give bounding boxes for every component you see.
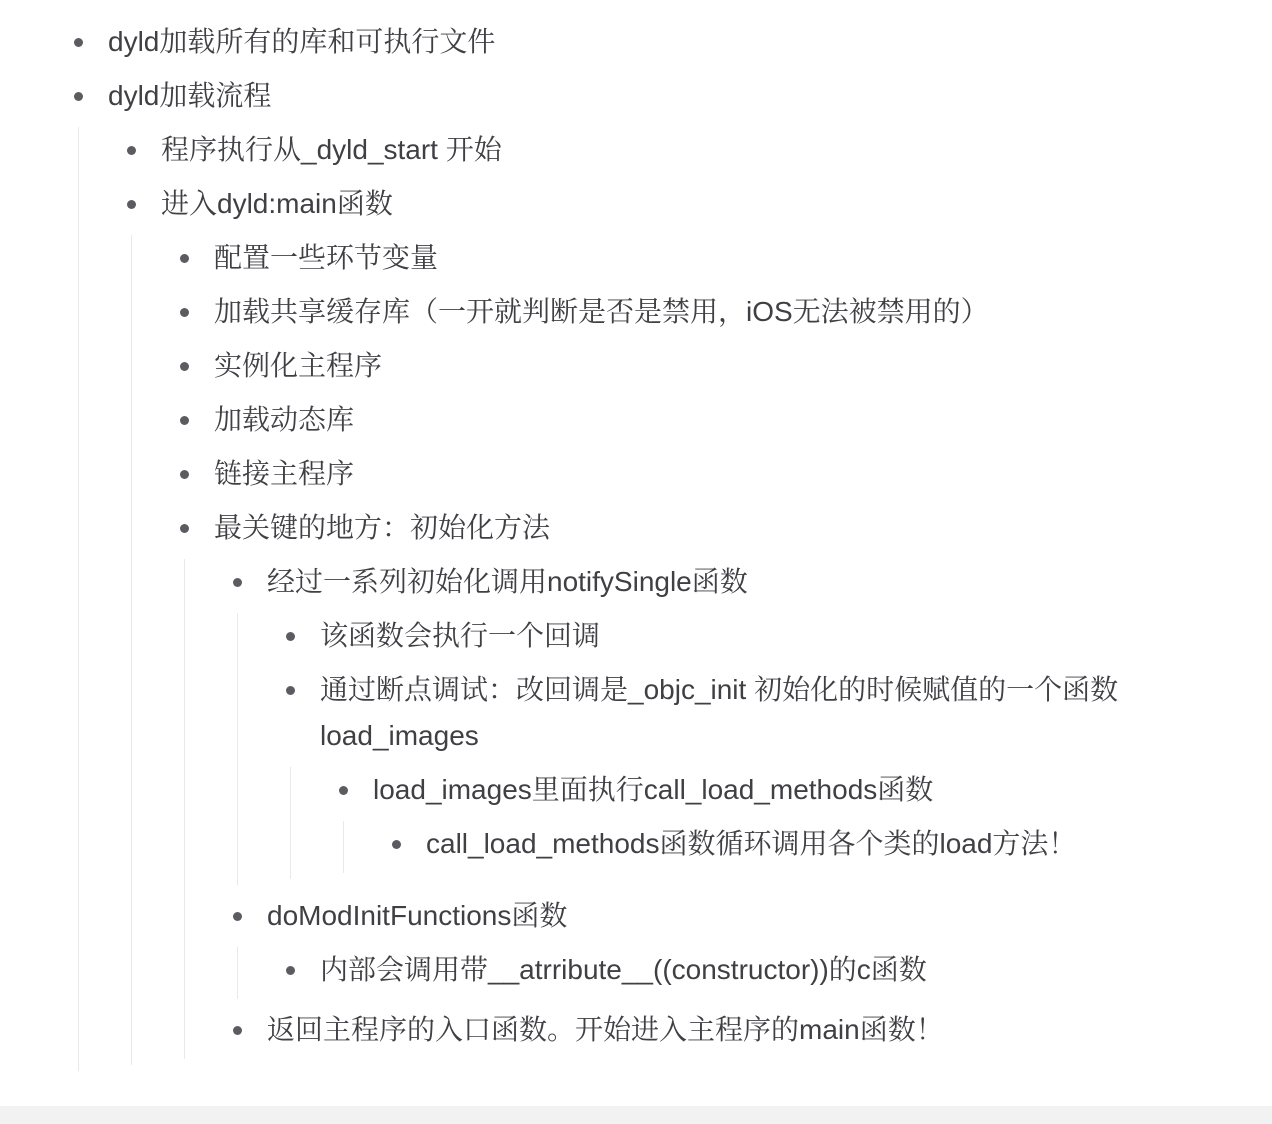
bullet-icon (127, 200, 136, 209)
outline-children: call_load_methods函数循环调用各个类的load方法！ (343, 821, 1146, 873)
outline-item: 链接主程序 (180, 451, 1146, 497)
list-item-text: 配置一些环节变量 (214, 242, 438, 273)
list-item[interactable]: 程序执行从_dyld_start 开始 (127, 127, 1146, 173)
list-item[interactable]: load_images里面执行call_load_methods函数 (339, 767, 1146, 813)
bullet-icon (180, 308, 189, 317)
outline-item: 进入dyld:main函数配置一些环节变量加载共享缓存库（一开就判断是否是禁用，… (127, 181, 1146, 1065)
bullet-icon (286, 686, 295, 695)
list-item-text: 链接主程序 (214, 458, 354, 489)
list-item-text: doModInitFunctions函数 (267, 900, 567, 931)
outline-children: 该函数会执行一个回调通过断点调试：改回调是_objc_init 初始化的时候赋值… (237, 613, 1146, 885)
list-item-text: 加载动态库 (214, 404, 354, 435)
bullet-icon (74, 92, 83, 101)
outline-children: load_images里面执行call_load_methods函数call_l… (290, 767, 1146, 879)
bullet-icon (233, 578, 242, 587)
bullet-icon (286, 632, 295, 641)
list-item-text: dyld加载流程 (108, 80, 271, 111)
outline-item: 程序执行从_dyld_start 开始 (127, 127, 1146, 173)
bullet-icon (233, 912, 242, 921)
bullet-icon (392, 840, 401, 849)
outline-item: 实例化主程序 (180, 343, 1146, 389)
outline-item: 加载动态库 (180, 397, 1146, 443)
bullet-icon (180, 362, 189, 371)
notes-page: dyld加载所有的库和可执行文件dyld加载流程程序执行从_dyld_start… (0, 0, 1272, 1124)
list-item-text: 内部会调用带__atrribute__((constructor))的c函数 (320, 954, 927, 985)
list-item[interactable]: 加载动态库 (180, 397, 1146, 443)
outline-children: 经过一系列初始化调用notifySingle函数该函数会执行一个回调通过断点调试… (184, 559, 1146, 1059)
outline-children: 程序执行从_dyld_start 开始进入dyld:main函数配置一些环节变量… (78, 127, 1146, 1071)
outline-item: 该函数会执行一个回调 (286, 613, 1146, 659)
bullet-icon (180, 524, 189, 533)
list-item[interactable]: doModInitFunctions函数 (233, 893, 1146, 939)
list-item[interactable]: 内部会调用带__atrribute__((constructor))的c函数 (286, 947, 1146, 993)
list-item-text: 返回主程序的入口函数。开始进入主程序的main函数！ (267, 1014, 944, 1045)
list-item-text: 实例化主程序 (214, 350, 382, 381)
outline-item: 经过一系列初始化调用notifySingle函数该函数会执行一个回调通过断点调试… (233, 559, 1146, 885)
list-item-text: 进入dyld:main函数 (161, 188, 393, 219)
list-item[interactable]: 实例化主程序 (180, 343, 1146, 389)
bullet-icon (339, 786, 348, 795)
list-item-text: 该函数会执行一个回调 (320, 620, 600, 651)
outline-item: 通过断点调试：改回调是_objc_init 初始化的时候赋值的一个函数load_… (286, 667, 1146, 879)
bullet-icon (180, 470, 189, 479)
outline-item: 配置一些环节变量 (180, 235, 1146, 281)
bullet-icon (286, 966, 295, 975)
list-item-text: 通过断点调试：改回调是_objc_init 初始化的时候赋值的一个函数load_… (320, 674, 1118, 751)
list-item[interactable]: 返回主程序的入口函数。开始进入主程序的main函数！ (233, 1007, 1146, 1053)
list-item[interactable]: 进入dyld:main函数 (127, 181, 1146, 227)
list-item[interactable]: 链接主程序 (180, 451, 1146, 497)
list-item-text: call_load_methods函数循环调用各个类的load方法！ (426, 828, 1076, 859)
outline-root-list: dyld加载所有的库和可执行文件dyld加载流程程序执行从_dyld_start… (0, 0, 1146, 1071)
outline-item: call_load_methods函数循环调用各个类的load方法！ (392, 821, 1146, 867)
list-item-text: 程序执行从_dyld_start 开始 (161, 134, 502, 165)
list-item[interactable]: dyld加载所有的库和可执行文件 (74, 19, 1146, 65)
bullet-icon (74, 38, 83, 47)
outline-children: 配置一些环节变量加载共享缓存库（一开就判断是否是禁用，iOS无法被禁用的）实例化… (131, 235, 1146, 1065)
list-item[interactable]: 该函数会执行一个回调 (286, 613, 1146, 659)
list-item[interactable]: 配置一些环节变量 (180, 235, 1146, 281)
bullet-icon (180, 254, 189, 263)
outline-item: 最关键的地方：初始化方法经过一系列初始化调用notifySingle函数该函数会… (180, 505, 1146, 1059)
outline-children: 内部会调用带__atrribute__((constructor))的c函数 (237, 947, 1146, 999)
list-item[interactable]: call_load_methods函数循环调用各个类的load方法！ (392, 821, 1146, 867)
list-item-text: 最关键的地方：初始化方法 (214, 512, 550, 543)
outline-item: dyld加载流程程序执行从_dyld_start 开始进入dyld:main函数… (74, 73, 1146, 1071)
list-item-text: load_images里面执行call_load_methods函数 (373, 774, 933, 805)
list-item[interactable]: 最关键的地方：初始化方法 (180, 505, 1146, 551)
bottom-bar (0, 1106, 1272, 1124)
bullet-icon (233, 1026, 242, 1035)
outline: dyld加载所有的库和可执行文件dyld加载流程程序执行从_dyld_start… (0, 0, 1146, 1071)
outline-item: 内部会调用带__atrribute__((constructor))的c函数 (286, 947, 1146, 993)
bullet-icon (180, 416, 189, 425)
outline-item: doModInitFunctions函数内部会调用带__atrribute__(… (233, 893, 1146, 999)
outline-item: 返回主程序的入口函数。开始进入主程序的main函数！ (233, 1007, 1146, 1053)
list-item[interactable]: dyld加载流程 (74, 73, 1146, 119)
list-item[interactable]: 通过断点调试：改回调是_objc_init 初始化的时候赋值的一个函数load_… (286, 667, 1146, 759)
list-item-text: 加载共享缓存库（一开就判断是否是禁用，iOS无法被禁用的） (214, 296, 989, 327)
outline-item: load_images里面执行call_load_methods函数call_l… (339, 767, 1146, 873)
outline-item: 加载共享缓存库（一开就判断是否是禁用，iOS无法被禁用的） (180, 289, 1146, 335)
outline-item: dyld加载所有的库和可执行文件 (74, 19, 1146, 65)
list-item[interactable]: 经过一系列初始化调用notifySingle函数 (233, 559, 1146, 605)
list-item[interactable]: 加载共享缓存库（一开就判断是否是禁用，iOS无法被禁用的） (180, 289, 1146, 335)
list-item-text: dyld加载所有的库和可执行文件 (108, 26, 495, 57)
list-item-text: 经过一系列初始化调用notifySingle函数 (267, 566, 748, 597)
bullet-icon (127, 146, 136, 155)
